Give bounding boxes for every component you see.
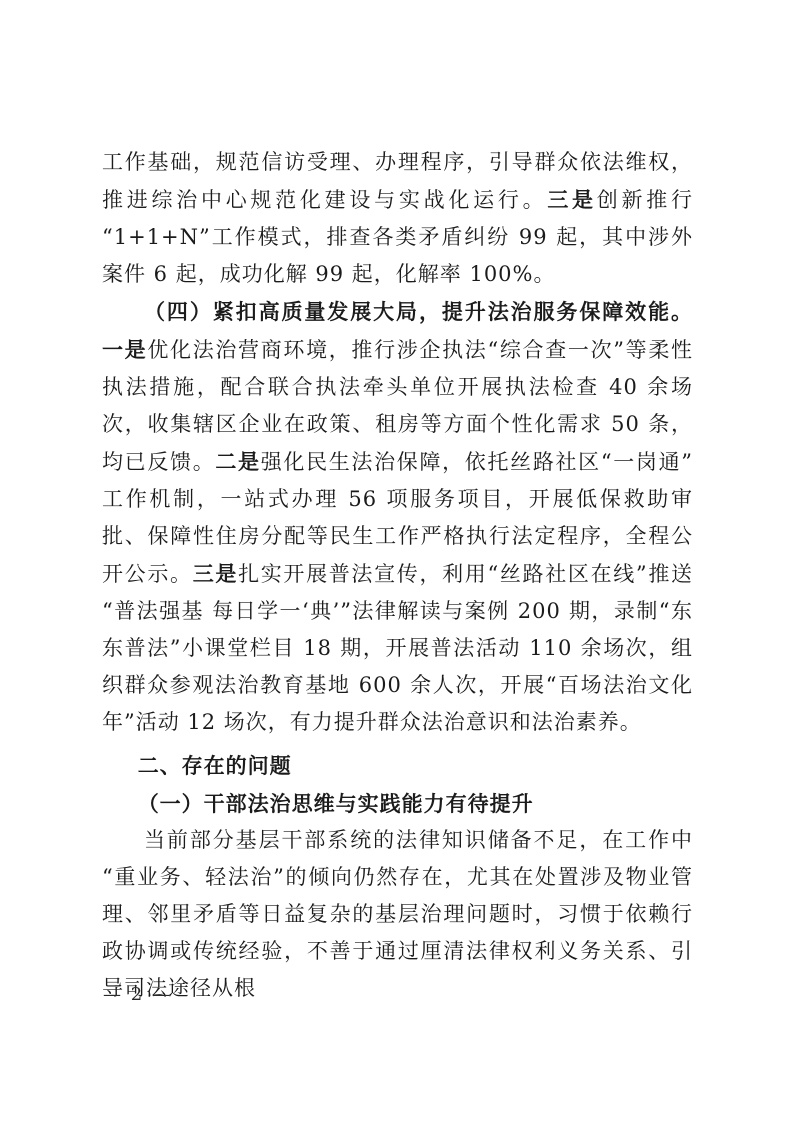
text-run-emphasis: 三是 [547, 187, 596, 212]
page-number: — 2 — [103, 984, 172, 1005]
text-run-emphasis: 二是 [215, 449, 260, 474]
text-run-emphasis: 三是 [193, 561, 238, 586]
paragraph-section-four: （四）紧扣高质量发展大局，提升法治服务保障效能。一是优化法治营商环境，推行涉企执… [102, 293, 693, 741]
document-page: 工作基础，规范信访受理、办理程序，引导群众依法维权，推进综治中心规范化建设与实战… [0, 0, 793, 1122]
page-footer: — 2 — [103, 984, 172, 1006]
paragraph-continuation: 工作基础，规范信访受理、办理程序，引导群众依法维权，推进综治中心规范化建设与实战… [102, 144, 693, 293]
text-run: 扎实开展普法宣传，利用“丝路社区在线”推送“普法强基 每日学一‘典’”法律解读与… [102, 562, 693, 734]
text-run-emphasis: 一是 [102, 337, 147, 362]
subsection-heading-cadre: （一）干部法治思维与实践能力有待提升 [102, 785, 693, 822]
document-body: 工作基础，规范信访受理、办理程序，引导群众依法维权，推进综治中心规范化建设与实战… [102, 144, 693, 1007]
section-heading-problems: 二、存在的问题 [102, 748, 693, 785]
paragraph-cadre-capability: 当前部分基层干部系统的法律知识储备不足，在工作中“重业务、轻法治”的倾向仍然存在… [102, 822, 693, 1007]
subsection-heading-run: （四）紧扣高质量发展大局，提升法治服务保障效能。 [144, 299, 693, 324]
